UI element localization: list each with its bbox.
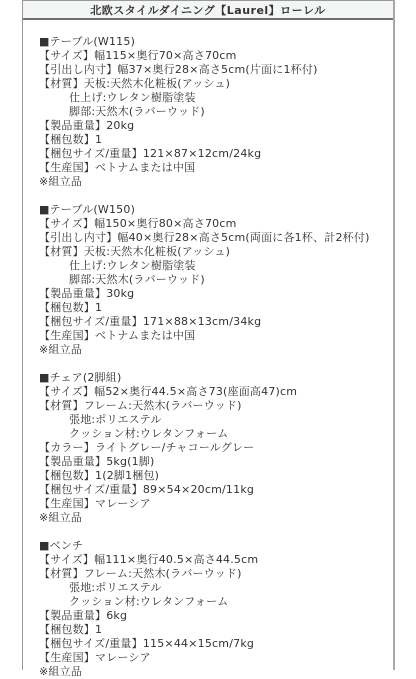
spec-section: ■ベンチ【サイズ】幅111×奥行40.5×高さ44.5cm【材質】フレーム:天然… [39, 539, 385, 670]
spec-line: 【梱包数】1 [39, 301, 385, 315]
spec-line: 【製品重量】5kg(1脚) [39, 455, 385, 469]
spec-line: 【サイズ】幅150×奥行80×高さ70cm [39, 217, 385, 231]
spec-line: 【サイズ】幅115×奥行70×高さ70cm [39, 49, 385, 63]
spec-line: ※組立品 [39, 343, 385, 357]
spec-line: 【生産国】ベトナムまたは中国 [39, 161, 385, 175]
spec-line: 仕上げ:ウレタン樹脂塗装 [39, 259, 385, 273]
section-heading: ■テーブル(W115) [39, 35, 385, 49]
spec-line: 【梱包サイズ/重量】121×87×12cm/24kg [39, 147, 385, 161]
spec-line: 【製品重量】30kg [39, 287, 385, 301]
spec-line: 【梱包数】1(2脚1梱包) [39, 469, 385, 483]
spec-line: 【材質】天板:天然木化粧板(アッシュ) [39, 77, 385, 91]
spec-line: 【梱包数】1 [39, 133, 385, 147]
spec-line: ※組立品 [39, 511, 385, 525]
spec-line: 脚部:天然木(ラバーウッド) [39, 105, 385, 119]
spec-line: 【梱包サイズ/重量】115×44×15cm/7kg [39, 637, 385, 651]
spec-line: 張地:ポリエステル [39, 581, 385, 595]
spec-line: ※組立品 [39, 175, 385, 189]
sheet-header: 北欧スタイルダイニング【Laurel】ローレル [23, 0, 393, 20]
spec-content: ■テーブル(W115)【サイズ】幅115×奥行70×高さ70cm【引出し内寸】幅… [23, 20, 393, 670]
section-heading: ■ベンチ [39, 539, 385, 553]
spec-line: 張地:ポリエステル [39, 413, 385, 427]
spec-line: 脚部:天然木(ラバーウッド) [39, 273, 385, 287]
spec-line: 仕上げ:ウレタン樹脂塗装 [39, 91, 385, 105]
spec-line: 【製品重量】6kg [39, 609, 385, 623]
spec-section: ■チェア(2脚組)【サイズ】幅52×奥行44.5×高さ73(座面高47)cm【材… [39, 371, 385, 525]
spec-line: 【材質】天板:天然木化粧板(アッシュ) [39, 245, 385, 259]
spec-line: クッション材:ウレタンフォーム [39, 595, 385, 609]
spec-line: 【材質】フレーム:天然木(ラバーウッド) [39, 399, 385, 413]
spec-section: ■テーブル(W115)【サイズ】幅115×奥行70×高さ70cm【引出し内寸】幅… [39, 35, 385, 189]
spec-line: 【梱包サイズ/重量】171×88×13cm/34kg [39, 315, 385, 329]
spec-section: ■テーブル(W150)【サイズ】幅150×奥行80×高さ70cm【引出し内寸】幅… [39, 203, 385, 357]
spec-line: 【梱包数】1 [39, 623, 385, 637]
spec-line: 【製品重量】20kg [39, 119, 385, 133]
spec-line: 【サイズ】幅111×奥行40.5×高さ44.5cm [39, 553, 385, 567]
spec-line: 【サイズ】幅52×奥行44.5×高さ73(座面高47)cm [39, 385, 385, 399]
page-title: 北欧スタイルダイニング【Laurel】ローレル [90, 2, 325, 18]
section-heading: ■テーブル(W150) [39, 203, 385, 217]
spec-line: ※組立品 [39, 665, 385, 670]
section-heading: ■チェア(2脚組) [39, 371, 385, 385]
spec-line: 【生産国】マレーシア [39, 651, 385, 665]
spec-line: 【材質】フレーム:天然木(ラバーウッド) [39, 567, 385, 581]
spec-line: クッション材:ウレタンフォーム [39, 427, 385, 441]
spec-sheet: 北欧スタイルダイニング【Laurel】ローレル ■テーブル(W115)【サイズ】… [22, 0, 395, 670]
spec-line: 【引出し内寸】幅40×奥行28×高さ5cm(両面に各1杯、計2杯付) [39, 231, 385, 245]
spec-line: 【引出し内寸】幅37×奥行28×高さ5cm(片面に1杯付) [39, 63, 385, 77]
spec-line: 【生産国】マレーシア [39, 497, 385, 511]
spec-line: 【梱包サイズ/重量】89×54×20cm/11kg [39, 483, 385, 497]
spec-line: 【生産国】ベトナムまたは中国 [39, 329, 385, 343]
spec-line: 【カラー】ライトグレー/チャコールグレー [39, 441, 385, 455]
